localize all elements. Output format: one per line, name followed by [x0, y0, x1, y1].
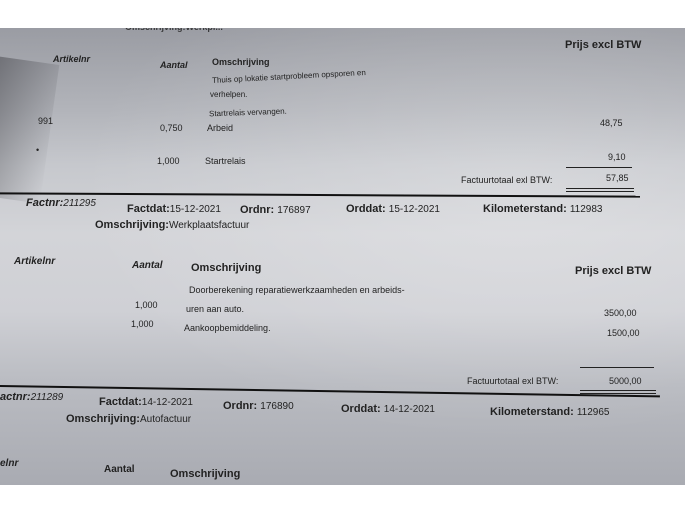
col-omschrijving: Omschrijving: [170, 468, 240, 480]
description-line: verhelpen.: [210, 90, 247, 99]
description-line: Thuis op lokatie startprobleem opsporen …: [212, 68, 366, 85]
orddat: Orddat: 15-12-2021: [346, 203, 440, 215]
line-prijs: 9,10: [608, 152, 626, 162]
line-omschrijving: Aankoopbemiddeling.: [184, 323, 271, 333]
description-line: Startrelais vervangen.: [209, 107, 287, 119]
line-omschrijving: Arbeid: [207, 123, 233, 133]
col-artikelnr: elnr: [0, 458, 18, 469]
cut-header-fragment: Omschrijving:Werkpl...: [125, 28, 223, 32]
subtotal-rule: [580, 367, 654, 368]
col-aantal: Aantal: [104, 464, 135, 475]
total-value: 57,85: [606, 173, 629, 183]
line-aantal: 0,750: [160, 123, 183, 133]
col-aantal: Aantal: [160, 60, 188, 70]
line-omschrijving: Startrelais: [205, 156, 246, 166]
line-aantal: 1,000: [157, 156, 180, 166]
line-aantal: 1,000: [135, 300, 158, 310]
factdat: Factdat:14-12-2021: [99, 396, 193, 408]
omschrijving: Omschrijving:Werkplaatsfactuur: [95, 219, 249, 231]
line-prijs: 1500,00: [607, 328, 640, 338]
col-omschrijving: Omschrijving: [212, 57, 270, 67]
line-artikelnr: •: [36, 145, 39, 155]
col-omschrijving: Omschrijving: [191, 262, 261, 274]
ordnr: Ordnr: 176890: [223, 400, 294, 412]
paper-shadow: [0, 52, 59, 203]
col-prijs: Prijs excl BTW: [565, 39, 641, 51]
line-prijs: 48,75: [600, 118, 623, 128]
omschrijving: Omschrijving:Autofactuur: [66, 413, 191, 425]
line-prijs: 3500,00: [604, 308, 637, 318]
orddat: Orddat: 14-12-2021: [341, 403, 435, 415]
total-double-rule: [566, 188, 634, 189]
ordnr: Ordnr: 176897: [240, 204, 311, 216]
factdat: Factdat:15-12-2021: [127, 203, 221, 215]
col-artikelnr: Artikelnr: [53, 54, 90, 64]
total-double-rule: [566, 191, 634, 192]
invoice-photo: Omschrijving:Werkpl... Artikelnr Aantal …: [0, 28, 685, 485]
kilometerstand: Kilometerstand: 112983: [483, 203, 602, 215]
factnr: Factnr:211295: [26, 197, 96, 209]
total-value: 5000,00: [609, 376, 642, 386]
total-label: Factuurtotaal exl BTW:: [467, 376, 558, 386]
line-artikelnr: 991: [38, 116, 53, 126]
subtotal-rule: [566, 167, 632, 168]
col-prijs: Prijs excl BTW: [575, 265, 651, 277]
kilometerstand: Kilometerstand: 112965: [490, 406, 609, 418]
line-aantal: 1,000: [131, 319, 154, 329]
col-aantal: Aantal: [132, 260, 163, 271]
total-label: Factuurtotaal exl BTW:: [461, 175, 552, 185]
total-double-rule: [580, 390, 656, 391]
description-line: Doorberekening reparatiewerkzaamheden en…: [189, 285, 405, 295]
col-artikelnr: Artikelnr: [14, 256, 55, 267]
line-omschrijving: uren aan auto.: [186, 304, 244, 314]
invoice-separator: [0, 192, 640, 197]
factnr: actnr:211289: [0, 391, 63, 403]
